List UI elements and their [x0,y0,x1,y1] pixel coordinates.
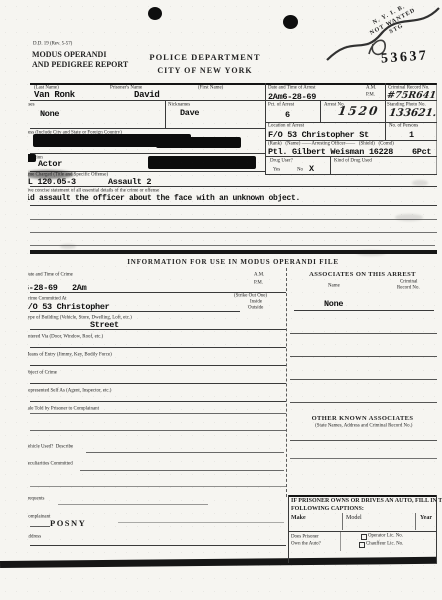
operator-checkbox-icon [361,534,367,540]
rule [86,452,284,453]
auto-make-label: Make [291,515,306,522]
rule [436,495,437,563]
statement-value: Did assault the officer about the face w… [28,194,300,203]
rule [320,100,321,122]
rule [340,531,341,551]
rule [290,458,437,459]
rule [30,526,50,527]
rule [30,219,437,220]
offense-value: Assault 2 [108,177,151,187]
drug-no-label: No [297,167,303,173]
chauffeur-checkbox-icon [359,542,365,548]
rule [288,531,437,532]
aliases-value: None [40,109,59,119]
section-divider-bar [30,250,437,254]
am-label: A.M. [366,85,376,91]
rule [30,186,437,187]
means-of-entry-label: Means of Entry (Jimmy, Key, Bodily Force… [28,352,112,358]
form-title-line1: MODUS OPERANDI [32,50,106,59]
rule [80,470,284,471]
persons-value: 1 [409,130,414,140]
owns-auto-label-line2: Own the Auto? [291,541,321,547]
associates-value: None [324,299,343,309]
rule [30,545,286,546]
statement-label: Give concise statement of all essential … [28,188,159,194]
auto-caption-line2: FOLLOWING CAPTIONS: [291,506,364,513]
frequents-label: Frequents [28,496,44,502]
rule [436,83,437,174]
auto-year-label: Year [420,515,432,522]
arrest-datetime-value: 2Am6-28-69 [268,92,316,102]
inside-label: Inside [250,299,262,305]
associates-record-col-line1: Criminal [400,279,418,285]
officer-command-value: 6Pct [412,147,431,157]
drug-kind-label: Kind of Drug Used [334,158,372,164]
last-name-value: Van Ronk [34,90,75,100]
rule [30,365,286,366]
location-label: Location of Arrest [268,123,304,129]
entered-via-label: Entered Via (Door, Window, Roof, etc.) [28,334,103,340]
rule [288,495,289,563]
photo-no-value: 133621. [388,107,437,119]
rule [165,100,166,128]
strike-out-label: (Strike Out One) [234,293,267,299]
pm-label: P.M. [254,280,263,286]
rule [290,379,437,380]
rule [30,232,437,233]
rule [30,329,286,330]
rule [30,205,437,206]
crime-datetime-label: Date and Time of Crime [28,272,73,278]
chauffeur-lic-label: Chauffeur Lic. No. [366,541,403,547]
statute-value: PL 120.05-3 [28,177,76,187]
represented-self-label: Represented Self As (Agent, Inspector, e… [28,388,111,394]
rule [30,100,265,101]
column-divider [286,268,287,497]
address-line-label: Address [28,534,41,540]
rule [30,347,286,348]
drug-yes-label: Yes [273,167,280,173]
am-label: A.M. [254,272,264,278]
officer-shield-value: 16228 [369,147,393,157]
outside-label: Outside [248,305,263,311]
aliases-label: Aliases [28,102,34,108]
scanned-arrest-form: D.D. 19 (Rev. 5-57) MODUS OPERANDI AND P… [0,0,442,600]
operator-lic-label: Operator Lic. No. [368,533,403,539]
rule [265,83,266,174]
rule [30,401,286,402]
mo-section-heading: INFORMATION FOR USE IN MODUS OPERANDI FI… [68,258,398,266]
rule [30,311,240,312]
rule [30,430,286,431]
rule [30,383,286,384]
rule [290,356,437,357]
pm-label: P.M. [366,92,375,98]
drug-user-label: Drug User? [270,158,293,164]
given-name-value: David [134,90,160,100]
drug-no-mark: X [309,164,314,174]
nicknames-value: Dave [180,108,199,118]
arrest-datetime-label: Date and Time of Arrest [268,85,316,91]
rule [30,486,286,487]
complainant-value: POSNY [50,518,86,528]
rule [118,522,284,523]
pct-label: Pct. of Arrest [268,102,294,108]
rule [30,413,286,414]
rule [342,513,343,530]
vehicle-used-label: Vehicle Used? Describe [28,444,73,450]
rule [265,174,437,175]
auto-caption-line1: IF PRISONER OWNS OR DRIVES AN AUTO, FILL… [291,498,442,505]
object-of-crime-label: Object of Crime [28,370,57,376]
rule [30,245,435,246]
other-associates-heading: OTHER KNOWN ASSOCIATES [288,415,437,422]
owns-auto-label-line1: Does Prisoner [291,534,319,540]
associates-heading: ASSOCIATES ON THIS ARREST [288,271,437,278]
committed-at-label: Crime Committed At [28,296,67,302]
rule [330,156,331,174]
associates-record-col-line2: Record No. [397,285,420,291]
occupation-value: Actor [38,159,62,169]
criminal-record-value: #75R641 [386,90,436,101]
rule [294,310,434,311]
associates-name-col: Name [328,283,340,289]
persons-label: No. of Persons [389,123,418,129]
location-value: F/O 53 Christopher St [268,130,369,140]
rule [288,495,437,497]
pct-value: 6 [285,110,290,120]
rule [290,402,437,403]
peculiarities-label: Peculiarities Committed [28,461,73,467]
redaction-bar [28,154,36,162]
nicknames-label: Nicknames [168,102,190,108]
arrest-no-value: 1520 [337,104,380,118]
stamp-number: 53637 [380,48,429,67]
department-city: CITY OF NEW YORK [105,66,305,75]
first-name-label: (First Name) [198,85,223,91]
auto-model-label: Model [346,515,362,522]
rule [415,513,416,530]
rule [290,440,437,441]
department-title: POLICE DEPARTMENT [105,53,305,63]
rule [385,83,386,140]
officer-value: Ptl. Gilbert Weisman [268,147,364,157]
tale-told-label: Tale Told by Prisoner to Complainant [28,406,99,412]
rule [30,153,265,154]
rule [58,504,208,505]
officer-caption: (Rank) (Name) ——Arresting Officer—— (Shi… [268,141,394,147]
rule [30,128,265,129]
redaction-bar [156,137,241,148]
complainant-label: Complainant [28,514,50,520]
form-sheet: D.D. 19 (Rev. 5-57) MODUS OPERANDI AND P… [28,0,442,600]
other-associates-subheading: (State Names, Address and Criminal Recor… [290,423,438,429]
form-number: D.D. 19 (Rev. 5-57) [33,41,72,47]
redaction-bar [148,156,256,169]
rule [290,333,437,334]
